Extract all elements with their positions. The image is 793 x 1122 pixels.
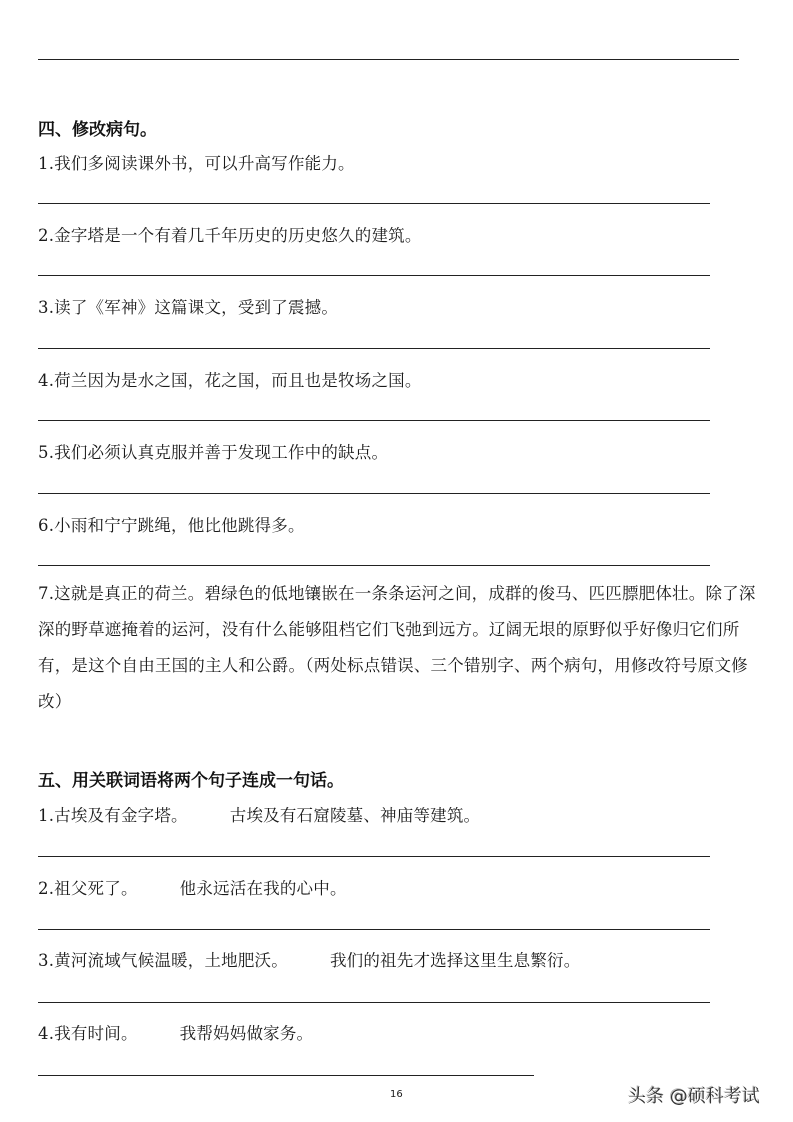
sentence-b: 我帮妈妈做家务。 bbox=[180, 1024, 314, 1043]
answer-line[interactable] bbox=[38, 420, 710, 421]
watermark: 头条 @硕科考试 bbox=[628, 1082, 760, 1108]
question-5-3: 3.黄河流域气候温暖，土地肥沃。我们的祖先才选择这里生息繁衍。 bbox=[38, 947, 580, 971]
question-5-1: 1.古埃及有金字塔。古埃及有石窟陵墓、神庙等建筑。 bbox=[38, 802, 480, 826]
answer-line[interactable] bbox=[38, 1002, 710, 1003]
answer-line[interactable] bbox=[38, 565, 710, 566]
sentence-a: 2.祖父死了。 bbox=[38, 879, 138, 898]
question-4-7-paragraph: 7.这就是真正的荷兰。碧绿色的低地镶嵌在一条条运河之间，成群的俊马、匹匹膘肥体壮… bbox=[38, 576, 763, 720]
question-4-5: 5.我们必须认真克服并善于发现工作中的缺点。 bbox=[38, 439, 388, 463]
answer-line[interactable] bbox=[38, 348, 710, 349]
section-5-title: 五、用关联词语将两个句子连成一句话。 bbox=[38, 766, 344, 791]
sentence-a: 3.黄河流域气候温暖，土地肥沃。 bbox=[38, 951, 288, 970]
answer-line[interactable] bbox=[38, 203, 710, 204]
sentence-a: 1.古埃及有金字塔。 bbox=[38, 806, 188, 825]
answer-line[interactable] bbox=[38, 493, 710, 494]
sentence-b: 我们的祖先才选择这里生息繁衍。 bbox=[330, 951, 581, 970]
section-4-title: 四、修改病句。 bbox=[38, 115, 157, 140]
sentence-b: 他永远活在我的心中。 bbox=[180, 879, 347, 898]
answer-line-top bbox=[38, 59, 739, 60]
question-4-3: 3.读了《军神》这篇课文，受到了震撼。 bbox=[38, 294, 338, 318]
answer-line[interactable] bbox=[38, 856, 710, 857]
answer-line[interactable] bbox=[38, 1075, 534, 1076]
answer-line[interactable] bbox=[38, 275, 710, 276]
question-4-6: 6.小雨和宁宁跳绳，他比他跳得多。 bbox=[38, 512, 305, 536]
question-4-1: 1.我们多阅读课外书，可以升高写作能力。 bbox=[38, 150, 355, 174]
question-4-2: 2.金字塔是一个有着几千年历史的历史悠久的建筑。 bbox=[38, 222, 422, 246]
sentence-b: 古埃及有石窟陵墓、神庙等建筑。 bbox=[230, 806, 481, 825]
page-number: 16 bbox=[390, 1089, 403, 1100]
sentence-a: 4.我有时间。 bbox=[38, 1024, 138, 1043]
answer-line[interactable] bbox=[38, 929, 710, 930]
question-4-4: 4.荷兰因为是水之国，花之国，而且也是牧场之国。 bbox=[38, 367, 422, 391]
question-5-4: 4.我有时间。我帮妈妈做家务。 bbox=[38, 1020, 313, 1044]
question-5-2: 2.祖父死了。他永远活在我的心中。 bbox=[38, 875, 347, 899]
